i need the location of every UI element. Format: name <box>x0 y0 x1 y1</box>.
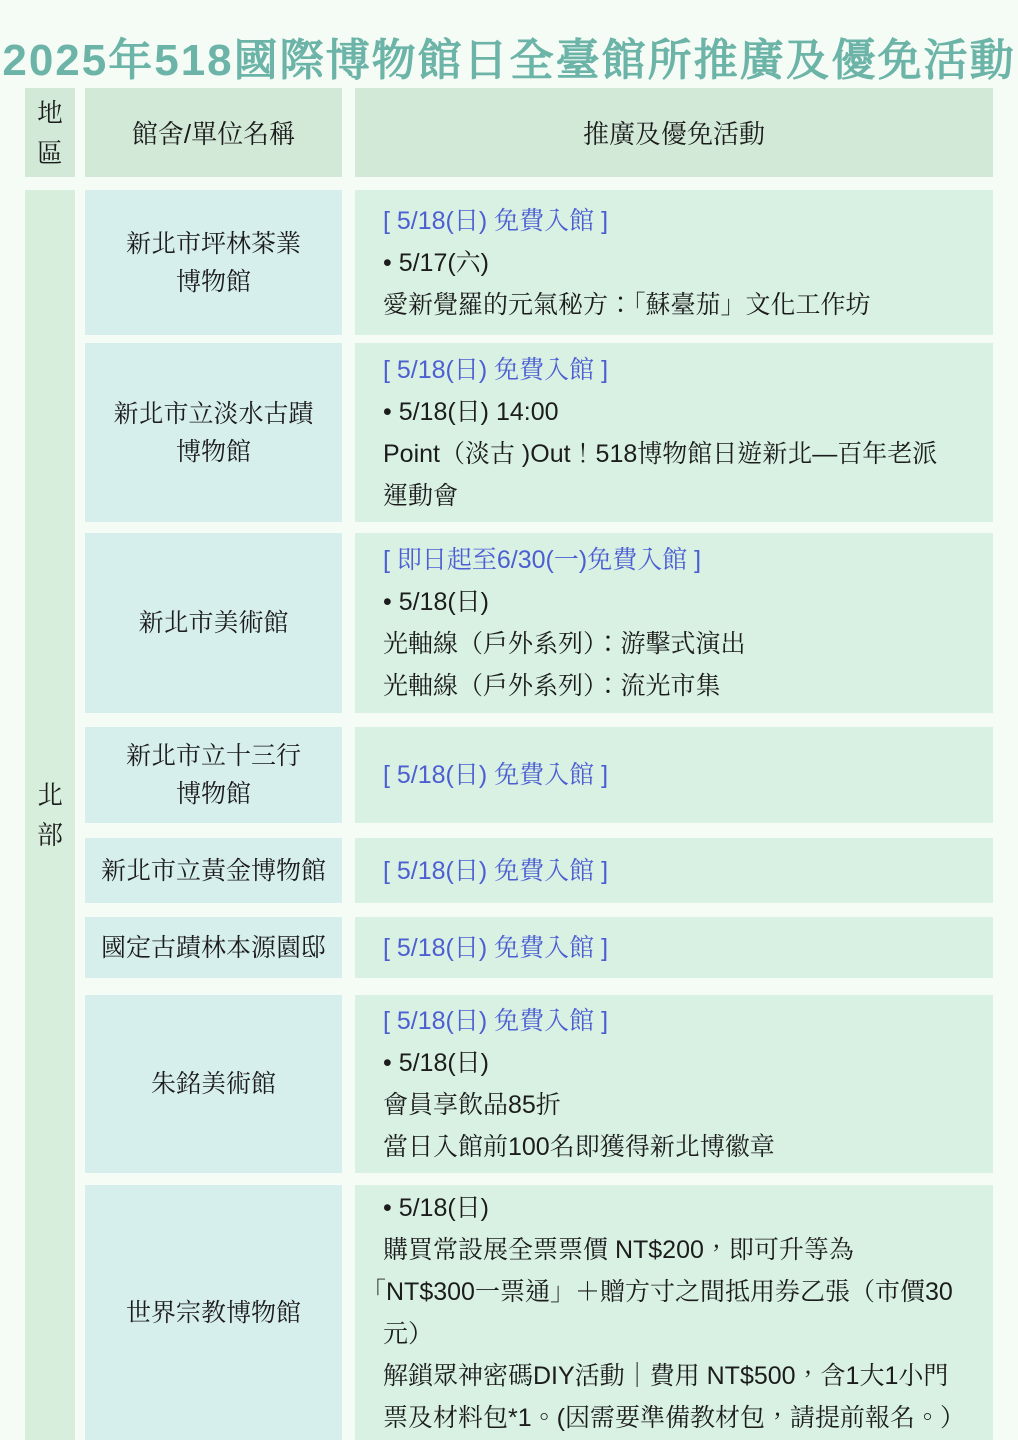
header-region-label: 地區 <box>34 93 65 173</box>
activity-text: 「NT$300一票通」＋贈方寸之間抵用券乙張（市價30 <box>361 1271 953 1313</box>
activity-cell: 5/18(日)購買常設展全票票價 NT$200，即可升等為「NT$300一票通」… <box>355 1185 993 1440</box>
activity-date: 5/18(日) 14:00 <box>383 391 559 433</box>
poster-page: 2025年518國際博物館日全臺館所推廣及優免活動一覽 地區 館舍/單位名稱 推… <box>0 0 1018 1440</box>
museum-name-line: 朱銘美術館 <box>151 1065 276 1103</box>
museum-name-cell: 新北市美術館 <box>85 533 342 713</box>
museum-name-cell: 國定古蹟林本源園邸 <box>85 917 342 978</box>
museum-name-line: 新北市立淡水古蹟 <box>113 395 313 433</box>
header-region: 地區 <box>25 88 75 177</box>
table-row: 國定古蹟林本源園邸[ 5/18(日) 免費入館 ] <box>85 917 993 978</box>
table-body: 北部 新北市坪林茶業博物館[ 5/18(日) 免費入館 ]5/17(六)愛新覺羅… <box>25 190 993 1440</box>
museum-name-line: 博物館 <box>176 775 251 813</box>
museum-name-cell: 新北市立十三行博物館 <box>85 727 342 823</box>
free-admission-label: [ 5/18(日) 免費入館 ] <box>383 349 608 391</box>
table-row: 新北市立黃金博物館[ 5/18(日) 免費入館 ] <box>85 838 993 903</box>
activity-cell: [ 即日起至6/30(一)免費入館 ]5/18(日)光軸線（戶外系列）：游擊式演… <box>355 533 993 713</box>
museum-table: 地區 館舍/單位名稱 推廣及優免活動 北部 新北市坪林茶業博物館[ 5/18(日… <box>25 88 993 1440</box>
header-activity-label: 推廣及優免活動 <box>583 114 765 151</box>
activity-cell: [ 5/18(日) 免費入館 ] <box>355 838 993 903</box>
museum-name-line: 國定古蹟林本源園邸 <box>101 929 326 967</box>
header-museum-label: 館舍/單位名稱 <box>132 114 295 151</box>
activity-cell: [ 5/18(日) 免費入館 ]5/18(日) 14:00Point（淡古 )O… <box>355 343 993 522</box>
activity-cell: [ 5/18(日) 免費入館 ] <box>355 727 993 823</box>
free-admission-label: [ 5/18(日) 免費入館 ] <box>383 1000 608 1042</box>
free-admission-label: [ 5/18(日) 免費入館 ] <box>383 754 608 796</box>
museum-name-line: 新北市立黃金博物館 <box>101 852 326 890</box>
museum-name-cell: 新北市立淡水古蹟博物館 <box>85 343 342 522</box>
activity-cell: [ 5/18(日) 免費入館 ]5/18(日)會員享飲品85折當日入館前100名… <box>355 995 993 1173</box>
table-row: 新北市立十三行博物館[ 5/18(日) 免費入館 ] <box>85 727 993 823</box>
activity-text: Point（淡古 )Out！518博物館日遊新北—百年老派 <box>383 433 937 475</box>
activity-text: 當日入館前100名即獲得新北博徽章 <box>383 1126 775 1168</box>
table-row: 新北市坪林茶業博物館[ 5/18(日) 免費入館 ]5/17(六)愛新覺羅的元氣… <box>85 190 993 335</box>
museum-name-line: 博物館 <box>176 263 251 301</box>
table-header-row: 地區 館舍/單位名稱 推廣及優免活動 <box>25 88 993 177</box>
museum-name-cell: 新北市立黃金博物館 <box>85 838 342 903</box>
activity-text: 購買常設展全票票價 NT$200，即可升等為 <box>383 1229 854 1271</box>
activity-cell: [ 5/18(日) 免費入館 ]5/17(六)愛新覺羅的元氣秘方：「蘇臺茄」文化… <box>355 190 993 335</box>
museum-name-line: 新北市美術館 <box>138 604 288 642</box>
museum-name-line: 新北市坪林茶業 <box>126 225 301 263</box>
table-rows: 新北市坪林茶業博物館[ 5/18(日) 免費入館 ]5/17(六)愛新覺羅的元氣… <box>85 190 993 1440</box>
header-museum: 館舍/單位名稱 <box>85 88 342 177</box>
activity-date: 5/18(日) <box>383 1187 489 1229</box>
activity-text: 元） <box>383 1313 433 1355</box>
activity-text: 會員享飲品85折 <box>383 1084 561 1126</box>
table-row: 新北市立淡水古蹟博物館[ 5/18(日) 免費入館 ]5/18(日) 14:00… <box>85 343 993 522</box>
activity-date: 5/17(六) <box>383 242 489 284</box>
region-label: 北部 <box>34 775 65 855</box>
region-cell-north: 北部 <box>25 190 75 1440</box>
free-admission-label: [ 5/18(日) 免費入館 ] <box>383 200 608 242</box>
table-row: 世界宗教博物館5/18(日)購買常設展全票票價 NT$200，即可升等為「NT$… <box>85 1185 993 1440</box>
museum-name-cell: 世界宗教博物館 <box>85 1185 342 1440</box>
activity-text: 光軸線（戶外系列）：流光市集 <box>383 665 721 707</box>
free-admission-label: [ 即日起至6/30(一)免費入館 ] <box>383 539 701 581</box>
activity-cell: [ 5/18(日) 免費入館 ] <box>355 917 993 978</box>
activity-date: 5/18(日) <box>383 1042 489 1084</box>
table-row: 朱銘美術館[ 5/18(日) 免費入館 ]5/18(日)會員享飲品85折當日入館… <box>85 995 993 1173</box>
activity-text: 光軸線（戶外系列）：游擊式演出 <box>383 623 746 665</box>
museum-name-cell: 朱銘美術館 <box>85 995 342 1173</box>
activity-text: 票及材料包*1。(因需要準備教材包，請提前報名。） <box>383 1397 965 1439</box>
museum-name-line: 世界宗教博物館 <box>126 1294 301 1332</box>
free-admission-label: [ 5/18(日) 免費入館 ] <box>383 850 608 892</box>
activity-text: 運動會 <box>383 475 458 517</box>
activity-text: 解鎖眾神密碼DIY活動｜費用 NT$500，含1大1小門 <box>383 1355 948 1397</box>
free-admission-label: [ 5/18(日) 免費入館 ] <box>383 927 608 969</box>
table-row: 新北市美術館[ 即日起至6/30(一)免費入館 ]5/18(日)光軸線（戶外系列… <box>85 533 993 713</box>
header-activity: 推廣及優免活動 <box>355 88 993 177</box>
museum-name-cell: 新北市坪林茶業博物館 <box>85 190 342 335</box>
activity-date: 5/18(日) <box>383 581 489 623</box>
museum-name-line: 博物館 <box>176 433 251 471</box>
museum-name-line: 新北市立十三行 <box>126 737 301 775</box>
activity-text: 愛新覺羅的元氣秘方：「蘇臺茄」文化工作坊 <box>383 284 871 326</box>
